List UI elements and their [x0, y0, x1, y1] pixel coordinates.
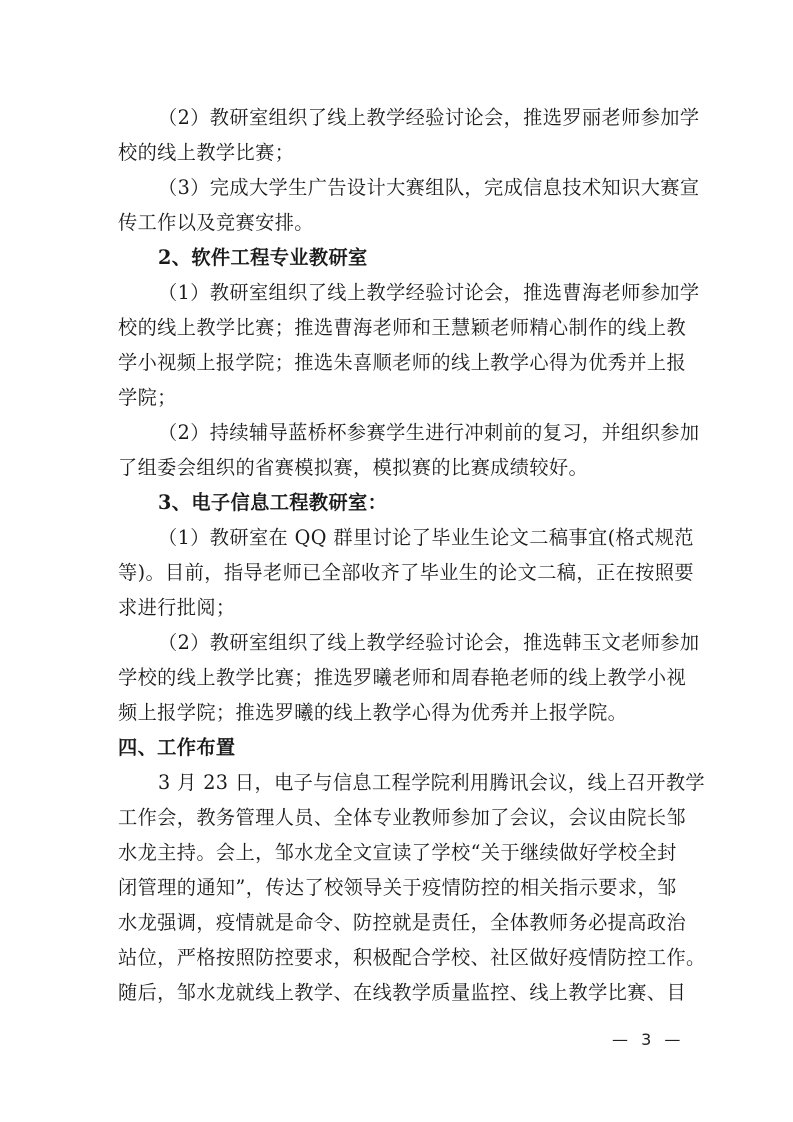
paragraph-line: （2）持续辅导蓝桥杯参赛学生进行冲刺前的复习，并组织参加 [118, 415, 676, 450]
document-body: （2）教研室组织了线上教学经验讨论会，推选罗丽老师参加学 校的线上教学比赛； （… [118, 100, 676, 1010]
paragraph-line: 学院； [118, 380, 676, 415]
paragraph-line: 水龙强调，疫情就是命令、防控就是责任，全体教师务必提高政治 [118, 905, 676, 940]
paragraph-line: 闭管理的通知”，传达了校领导关于疫情防控的相关指示要求，邹 [118, 870, 676, 905]
paragraph-line: （2）教研室组织了线上教学经验讨论会，推选韩玉文老师参加 [118, 625, 676, 660]
section-heading: 2、软件工程专业教研室 [118, 240, 676, 275]
paragraph-line: （3）完成大学生广告设计大赛组队，完成信息技术知识大赛宣 [118, 170, 676, 205]
paragraph-line: 学小视频上报学院；推选朱喜顺老师的线上教学心得为优秀并上报 [118, 345, 676, 380]
paragraph-line: 工作会，教务管理人员、全体专业教师参加了会议，会议由院长邹 [118, 800, 676, 835]
paragraph-line: 随后，邹水龙就线上教学、在线教学质量监控、线上教学比赛、目 [118, 975, 676, 1010]
chapter-heading: 四、工作布置 [118, 730, 676, 765]
paragraph-line: 校的线上教学比赛； [118, 135, 676, 170]
paragraph-line: （1）教研室在 QQ 群里讨论了毕业生论文二稿事宜(格式规范 [118, 520, 676, 555]
paragraph-line: 频上报学院；推选罗曦的线上教学心得为优秀并上报学院。 [118, 695, 676, 730]
paragraph-line: 3 月 23 日，电子与信息工程学院利用腾讯会议，线上召开教学 [118, 765, 676, 800]
paragraph-line: 校的线上教学比赛；推选曹海老师和王慧颖老师精心制作的线上教 [118, 310, 676, 345]
paragraph-line: （1）教研室组织了线上教学经验讨论会，推选曹海老师参加学 [118, 275, 676, 310]
paragraph-line: 了组委会组织的省赛模拟赛，模拟赛的比赛成绩较好。 [118, 450, 676, 485]
paragraph-line: 求进行批阅； [118, 590, 676, 625]
section-heading: 3、电子信息工程教研室： [118, 485, 676, 520]
paragraph-line: 等)。目前，指导老师已全部收齐了毕业生的论文二稿，正在按照要 [118, 555, 676, 590]
paragraph-line: 水龙主持。会上，邹水龙全文宣读了学校“关于继续做好学校全封 [118, 835, 676, 870]
paragraph-line: 学校的线上教学比赛；推选罗曦老师和周春艳老师的线上教学小视 [118, 660, 676, 695]
paragraph-line: 站位，严格按照防控要求，积极配合学校、社区做好疫情防控工作。 [118, 940, 676, 975]
paragraph-line: 传工作以及竞赛安排。 [118, 205, 676, 240]
paragraph-line: （2）教研室组织了线上教学经验讨论会，推选罗丽老师参加学 [118, 100, 676, 135]
page-number: — 3 — [612, 1030, 684, 1049]
